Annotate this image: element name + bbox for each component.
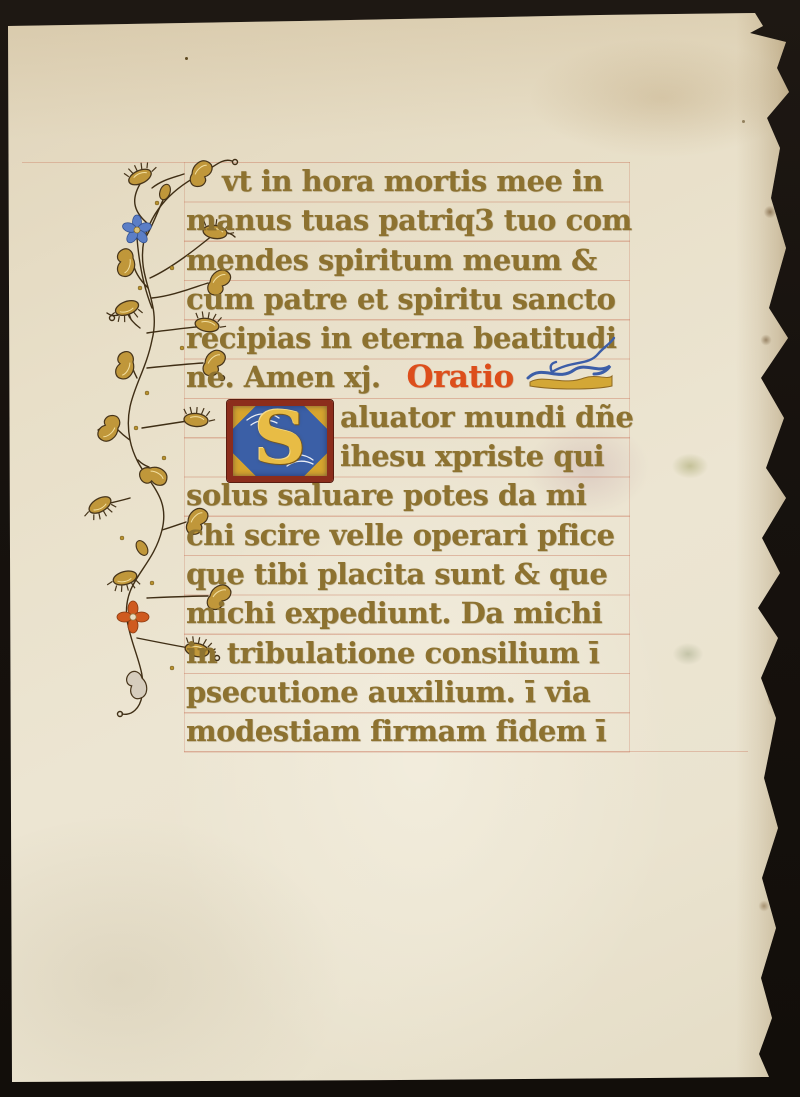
gold-pod-icon bbox=[182, 406, 216, 428]
ink-speck bbox=[742, 120, 745, 123]
gold-ivy-leaf-icon bbox=[137, 460, 170, 493]
initial-letter: S bbox=[254, 395, 306, 480]
photo-background: vt in hora mortis mee in manus tuas patr… bbox=[0, 0, 800, 1097]
blue-pen-flourish bbox=[548, 336, 618, 376]
text-line: manus tuas patriq3 tuo com bbox=[186, 203, 632, 237]
ink-speck bbox=[185, 57, 188, 60]
text-line: solus saluare potes da mi bbox=[186, 478, 586, 512]
ruling-line-long bbox=[184, 751, 748, 752]
gold-pod-icon bbox=[123, 157, 160, 188]
text-line: aluator mundi dñe bbox=[340, 400, 633, 434]
text-line: michi expediunt. Da michi bbox=[186, 596, 602, 630]
text-line: chi scire velle operari pfice bbox=[186, 518, 614, 552]
manuscript-leaf: vt in hora mortis mee in manus tuas patr… bbox=[0, 0, 800, 1097]
gold-bud-icon bbox=[158, 183, 173, 201]
text-line: que tibi placita sunt & que bbox=[186, 557, 607, 591]
line-text: ne. Amen xj. bbox=[186, 360, 380, 394]
gold-pod-icon bbox=[80, 493, 117, 526]
gold-pod-icon bbox=[107, 297, 144, 326]
text-line: mendes spiritum meum & bbox=[186, 243, 597, 277]
orange-flower-icon bbox=[117, 601, 149, 633]
text-line: cum patre et spiritu sancto bbox=[186, 282, 615, 316]
pale-leaf-icon bbox=[120, 669, 153, 702]
gold-ivy-leaf-icon bbox=[187, 160, 215, 188]
text-line: ihesu xpriste qui bbox=[340, 439, 604, 473]
text-line: modestiam firmam fidem ī bbox=[186, 714, 606, 748]
illuminated-initial-s: S bbox=[227, 400, 333, 482]
gold-bud-icon bbox=[134, 539, 151, 558]
text-line: psecutione auxilium. ī via bbox=[186, 675, 590, 709]
ruling-vertical-right bbox=[629, 162, 630, 752]
rubric-oratio: Oratio bbox=[406, 360, 513, 394]
text-line: vt in hora mortis mee in bbox=[222, 164, 603, 198]
text-line: in tribulatione consilium ī bbox=[186, 636, 599, 670]
